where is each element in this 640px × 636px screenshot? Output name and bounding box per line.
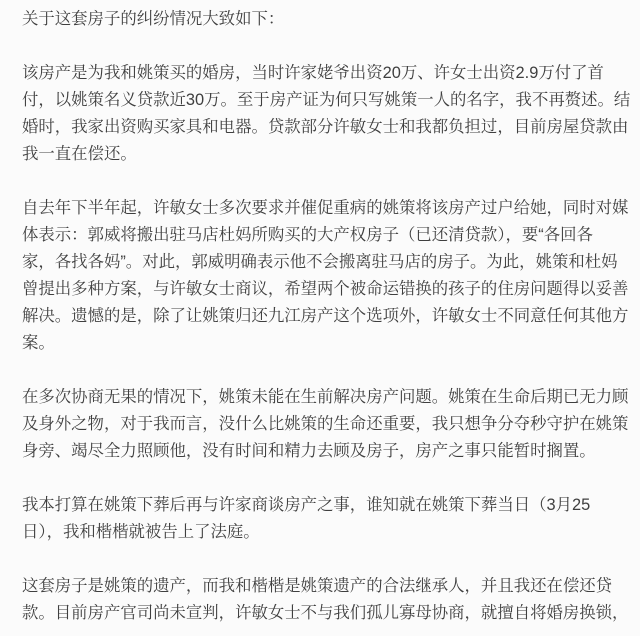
document-page: 关于这套房子的纠纷情况大致如下： 该房产是为我和姚策买的婚房，当时许家姥爷出资2… (0, 0, 640, 636)
paragraph-property-purchase: 该房产是为我和姚策买的婚房，当时许家姥爷出资20万、许女士出资2.9万付了首 付… (22, 60, 634, 168)
paragraph-dispute-history: 自去年下半年起，许敏女士多次要求并催促重病的姚策将该房产过户给她，同时对媒 体表… (22, 195, 634, 357)
paragraph-intro: 关于这套房子的纠纷情况大致如下： (22, 6, 634, 33)
paragraph-lawsuit: 我本打算在姚策下葬后再与许家商谈房产之事，谁知就在姚策下葬当日（3月25 日），… (22, 492, 634, 546)
paragraph-negotiation-failure: 在多次协商无果的情况下，姚策未能在生前解决房产问题。姚策在生命后期已无力顾 及身… (22, 384, 634, 465)
paragraph-inheritance: 这套房子是姚策的遗产，而我和楷楷是姚策遗产的合法继承人，并且我还在偿还贷 款。目… (22, 573, 634, 627)
article-text: 关于这套房子的纠纷情况大致如下： 该房产是为我和姚策买的婚房，当时许家姥爷出资2… (22, 6, 634, 627)
